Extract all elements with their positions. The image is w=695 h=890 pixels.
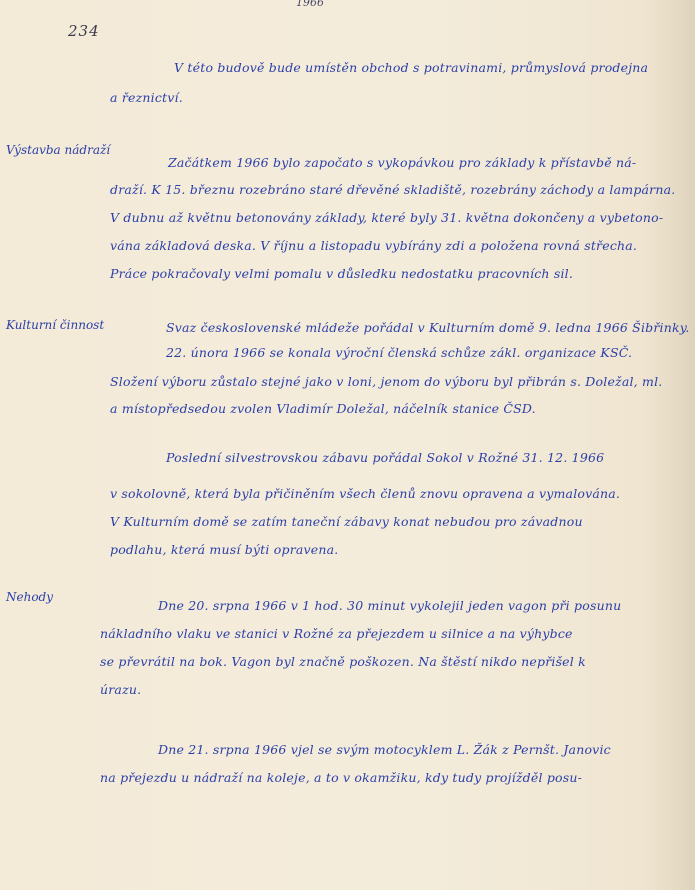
text-line: v sokolovně, která byla přičiněním všech…	[110, 486, 620, 501]
text-line: úrazu.	[100, 682, 141, 697]
text-line: Začátkem 1966 bylo započato s vykopávkou…	[168, 155, 636, 170]
text-line: Svaz československé mládeže pořádal v Ku…	[166, 320, 690, 335]
text-line: Složení výboru zůstalo stejné jako v lon…	[110, 374, 662, 389]
margin-label-accidents: Nehody	[6, 590, 53, 604]
margin-label-cultural-activity: Kulturní činnost	[6, 318, 104, 332]
text-line: vána základová deska. V říjnu a listopad…	[110, 238, 637, 253]
text-line: na přejezdu u nádraží na koleje, a to v …	[100, 770, 582, 785]
text-line: Práce pokračovaly velmi pomalu v důsledk…	[110, 266, 573, 281]
text-line: nákladního vlaku ve stanici v Rožné za p…	[100, 626, 573, 641]
text-line: Dne 21. srpna 1966 vjel se svým motocykl…	[158, 742, 611, 757]
text-line: V této budově bude umístěn obchod s potr…	[174, 60, 648, 75]
text-line: Dne 20. srpna 1966 v 1 hod. 30 minut vyk…	[158, 598, 621, 613]
page-number: 234	[68, 22, 100, 40]
text-line: 22. února 1966 se konala výroční členská…	[166, 345, 632, 360]
text-line: draží. K 15. březnu rozebráno staré dřev…	[110, 182, 675, 197]
text-line: se převrátil na bok. Vagon byl značně po…	[100, 654, 586, 669]
text-line: a řeznictví.	[110, 90, 183, 105]
handwritten-chronicle-page: 1966 234 V této budově bude umístěn obch…	[0, 0, 695, 890]
text-line: a místopředsedou zvolen Vladimír Doležal…	[110, 401, 536, 416]
year-header: 1966	[0, 0, 620, 9]
text-line: V Kulturním domě se zatím taneční zábavy…	[110, 514, 583, 529]
margin-label-station-construction: Výstavba nádraží	[6, 143, 110, 157]
text-line: V dubnu až květnu betonovány základy, kt…	[110, 210, 663, 225]
text-line: Poslední silvestrovskou zábavu pořádal S…	[166, 450, 604, 465]
text-line: podlahu, která musí býti opravena.	[110, 542, 338, 557]
